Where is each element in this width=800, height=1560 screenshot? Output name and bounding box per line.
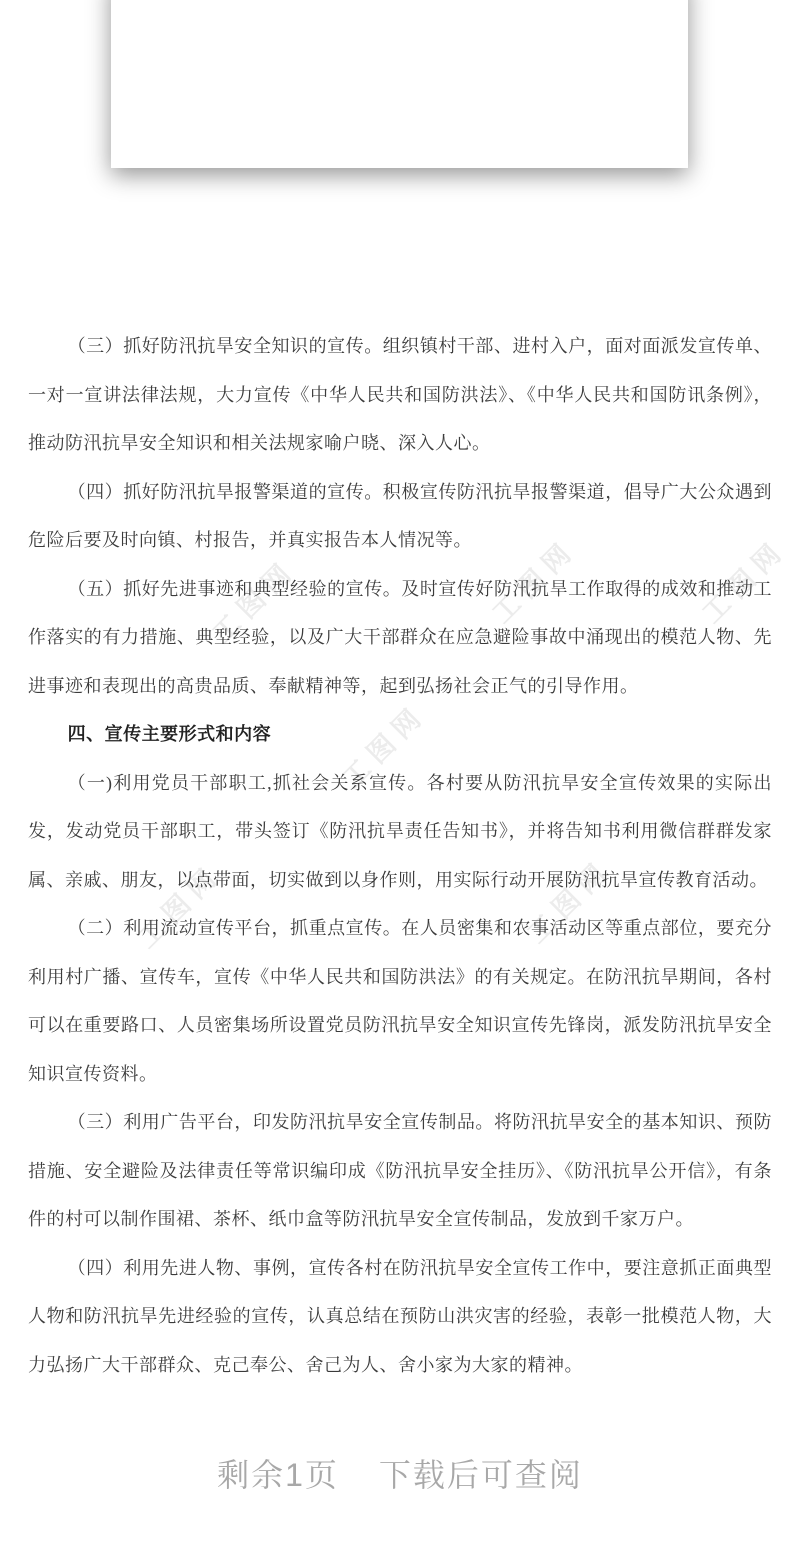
paragraph: （一)利用党员干部职工,抓社会关系宣传。各村要从防汛抗旱安全宣传效果的实际出发，… (28, 759, 772, 905)
paragraph: （三）利用广告平台，印发防汛抗旱安全宣传制品。将防汛抗旱安全的基本知识、预防措施… (28, 1098, 772, 1244)
remaining-pages-label: 剩余1页 (217, 1457, 339, 1493)
section-heading: 四、宣传主要形式和内容 (28, 710, 772, 759)
paragraph: （五）抓好先进事迹和典型经验的宣传。及时宣传好防汛抗旱工作取得的成效和推动工作落… (28, 565, 772, 711)
paragraph: （四）利用先进人物、事例，宣传各村在防汛抗旱安全宣传工作中，要注意抓正面典型人物… (28, 1244, 772, 1390)
document-text: （三）抓好防汛抗旱安全知识的宣传。组织镇村干部、进村入户，面对面派发宣传单、一对… (28, 322, 772, 1389)
download-hint-label: 下载后可查阅 (379, 1457, 583, 1493)
paragraph: （四）抓好防汛抗旱报警渠道的宣传。积极宣传防汛抗旱报警渠道，倡导广大公众遇到危险… (28, 468, 772, 565)
paragraph: （二）利用流动宣传平台，抓重点宣传。在人员密集和农事活动区等重点部位，要充分利用… (28, 904, 772, 1098)
remaining-pages-banner: 剩余1页下载后可查阅 (0, 1450, 800, 1496)
paragraph: （三）抓好防汛抗旱安全知识的宣传。组织镇村干部、进村入户，面对面派发宣传单、一对… (28, 322, 772, 468)
document-preview-page: 工图网工图网工图网工图网工图网工图网 （三）抓好防汛抗旱安全知识的宣传。组织镇村… (0, 0, 800, 1560)
previous-page-fragment (111, 0, 688, 168)
